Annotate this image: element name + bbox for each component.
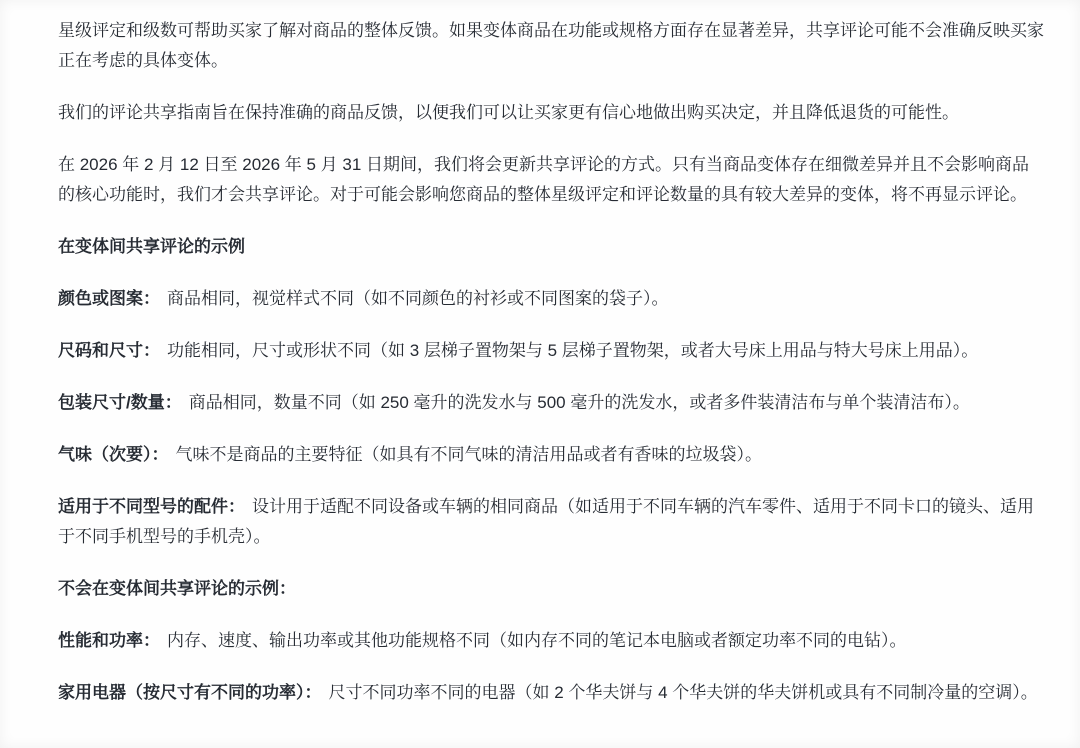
example-item-performance-power: 性能和功率：内存、速度、输出功率或其他功能规格不同（如内存不同的笔记本电脑或者额… [58, 626, 1044, 656]
example-item-scent: 气味（次要）：气味不是商品的主要特征（如具有不同气味的清洁用品或者有香味的垃圾袋… [58, 440, 1044, 470]
example-term: 适用于不同型号的配件： [58, 497, 245, 516]
section-heading-shared-examples: 在变体间共享评论的示例 [58, 232, 1044, 262]
example-term: 尺码和尺寸： [58, 341, 160, 360]
example-item-package-quantity: 包装尺寸/数量：商品相同，数量不同（如 250 毫升的洗发水与 500 毫升的洗… [58, 388, 1044, 418]
example-item-color-pattern: 颜色或图案：商品相同，视觉样式不同（如不同颜色的衬衫或不同图案的袋子）。 [58, 284, 1044, 314]
example-description: 尺寸不同功率不同的电器（如 2 个华夫饼与 4 个华夫饼的华夫饼机或具有不同制冷… [329, 683, 1038, 702]
example-term: 气味（次要）： [58, 445, 169, 464]
example-description: 内存、速度、输出功率或其他功能规格不同（如内存不同的笔记本电脑或者额定功率不同的… [167, 631, 907, 650]
example-description: 气味不是商品的主要特征（如具有不同气味的清洁用品或者有香味的垃圾袋）。 [176, 445, 763, 464]
intro-paragraph-update-dates: 在 2026 年 2 月 12 日至 2026 年 5 月 31 日期间，我们将… [58, 150, 1044, 210]
example-term: 性能和功率： [58, 631, 160, 650]
example-item-model-accessories: 适用于不同型号的配件：设计用于适配不同设备或车辆的相同商品（如适用于不同车辆的汽… [58, 492, 1044, 552]
example-description: 商品相同，数量不同（如 250 毫升的洗发水与 500 毫升的洗发水，或者多件装… [189, 393, 970, 412]
section-heading-not-shared-examples: 不会在变体间共享评论的示例： [58, 574, 1044, 604]
example-term: 家用电器（按尺寸有不同的功率）： [58, 683, 322, 702]
intro-paragraph-guidelines: 我们的评论共享指南旨在保持准确的商品反馈，以便我们可以让买家更有信心地做出购买决… [58, 98, 1044, 128]
example-description: 功能相同，尺寸或形状不同（如 3 层梯子置物架与 5 层梯子置物架，或者大号床上… [167, 341, 978, 360]
document-page: 星级评定和级数可帮助买家了解对商品的整体反馈。如果变体商品在功能或规格方面存在显… [0, 0, 1080, 748]
intro-paragraph-ratings: 星级评定和级数可帮助买家了解对商品的整体反馈。如果变体商品在功能或规格方面存在显… [58, 16, 1044, 76]
example-item-size: 尺码和尺寸：功能相同，尺寸或形状不同（如 3 层梯子置物架与 5 层梯子置物架，… [58, 336, 1044, 366]
example-item-home-appliances: 家用电器（按尺寸有不同的功率）：尺寸不同功率不同的电器（如 2 个华夫饼与 4 … [58, 678, 1044, 708]
example-term: 颜色或图案： [58, 289, 160, 308]
example-description: 商品相同，视觉样式不同（如不同颜色的衬衫或不同图案的袋子）。 [167, 289, 669, 308]
example-term: 包装尺寸/数量： [58, 393, 182, 412]
